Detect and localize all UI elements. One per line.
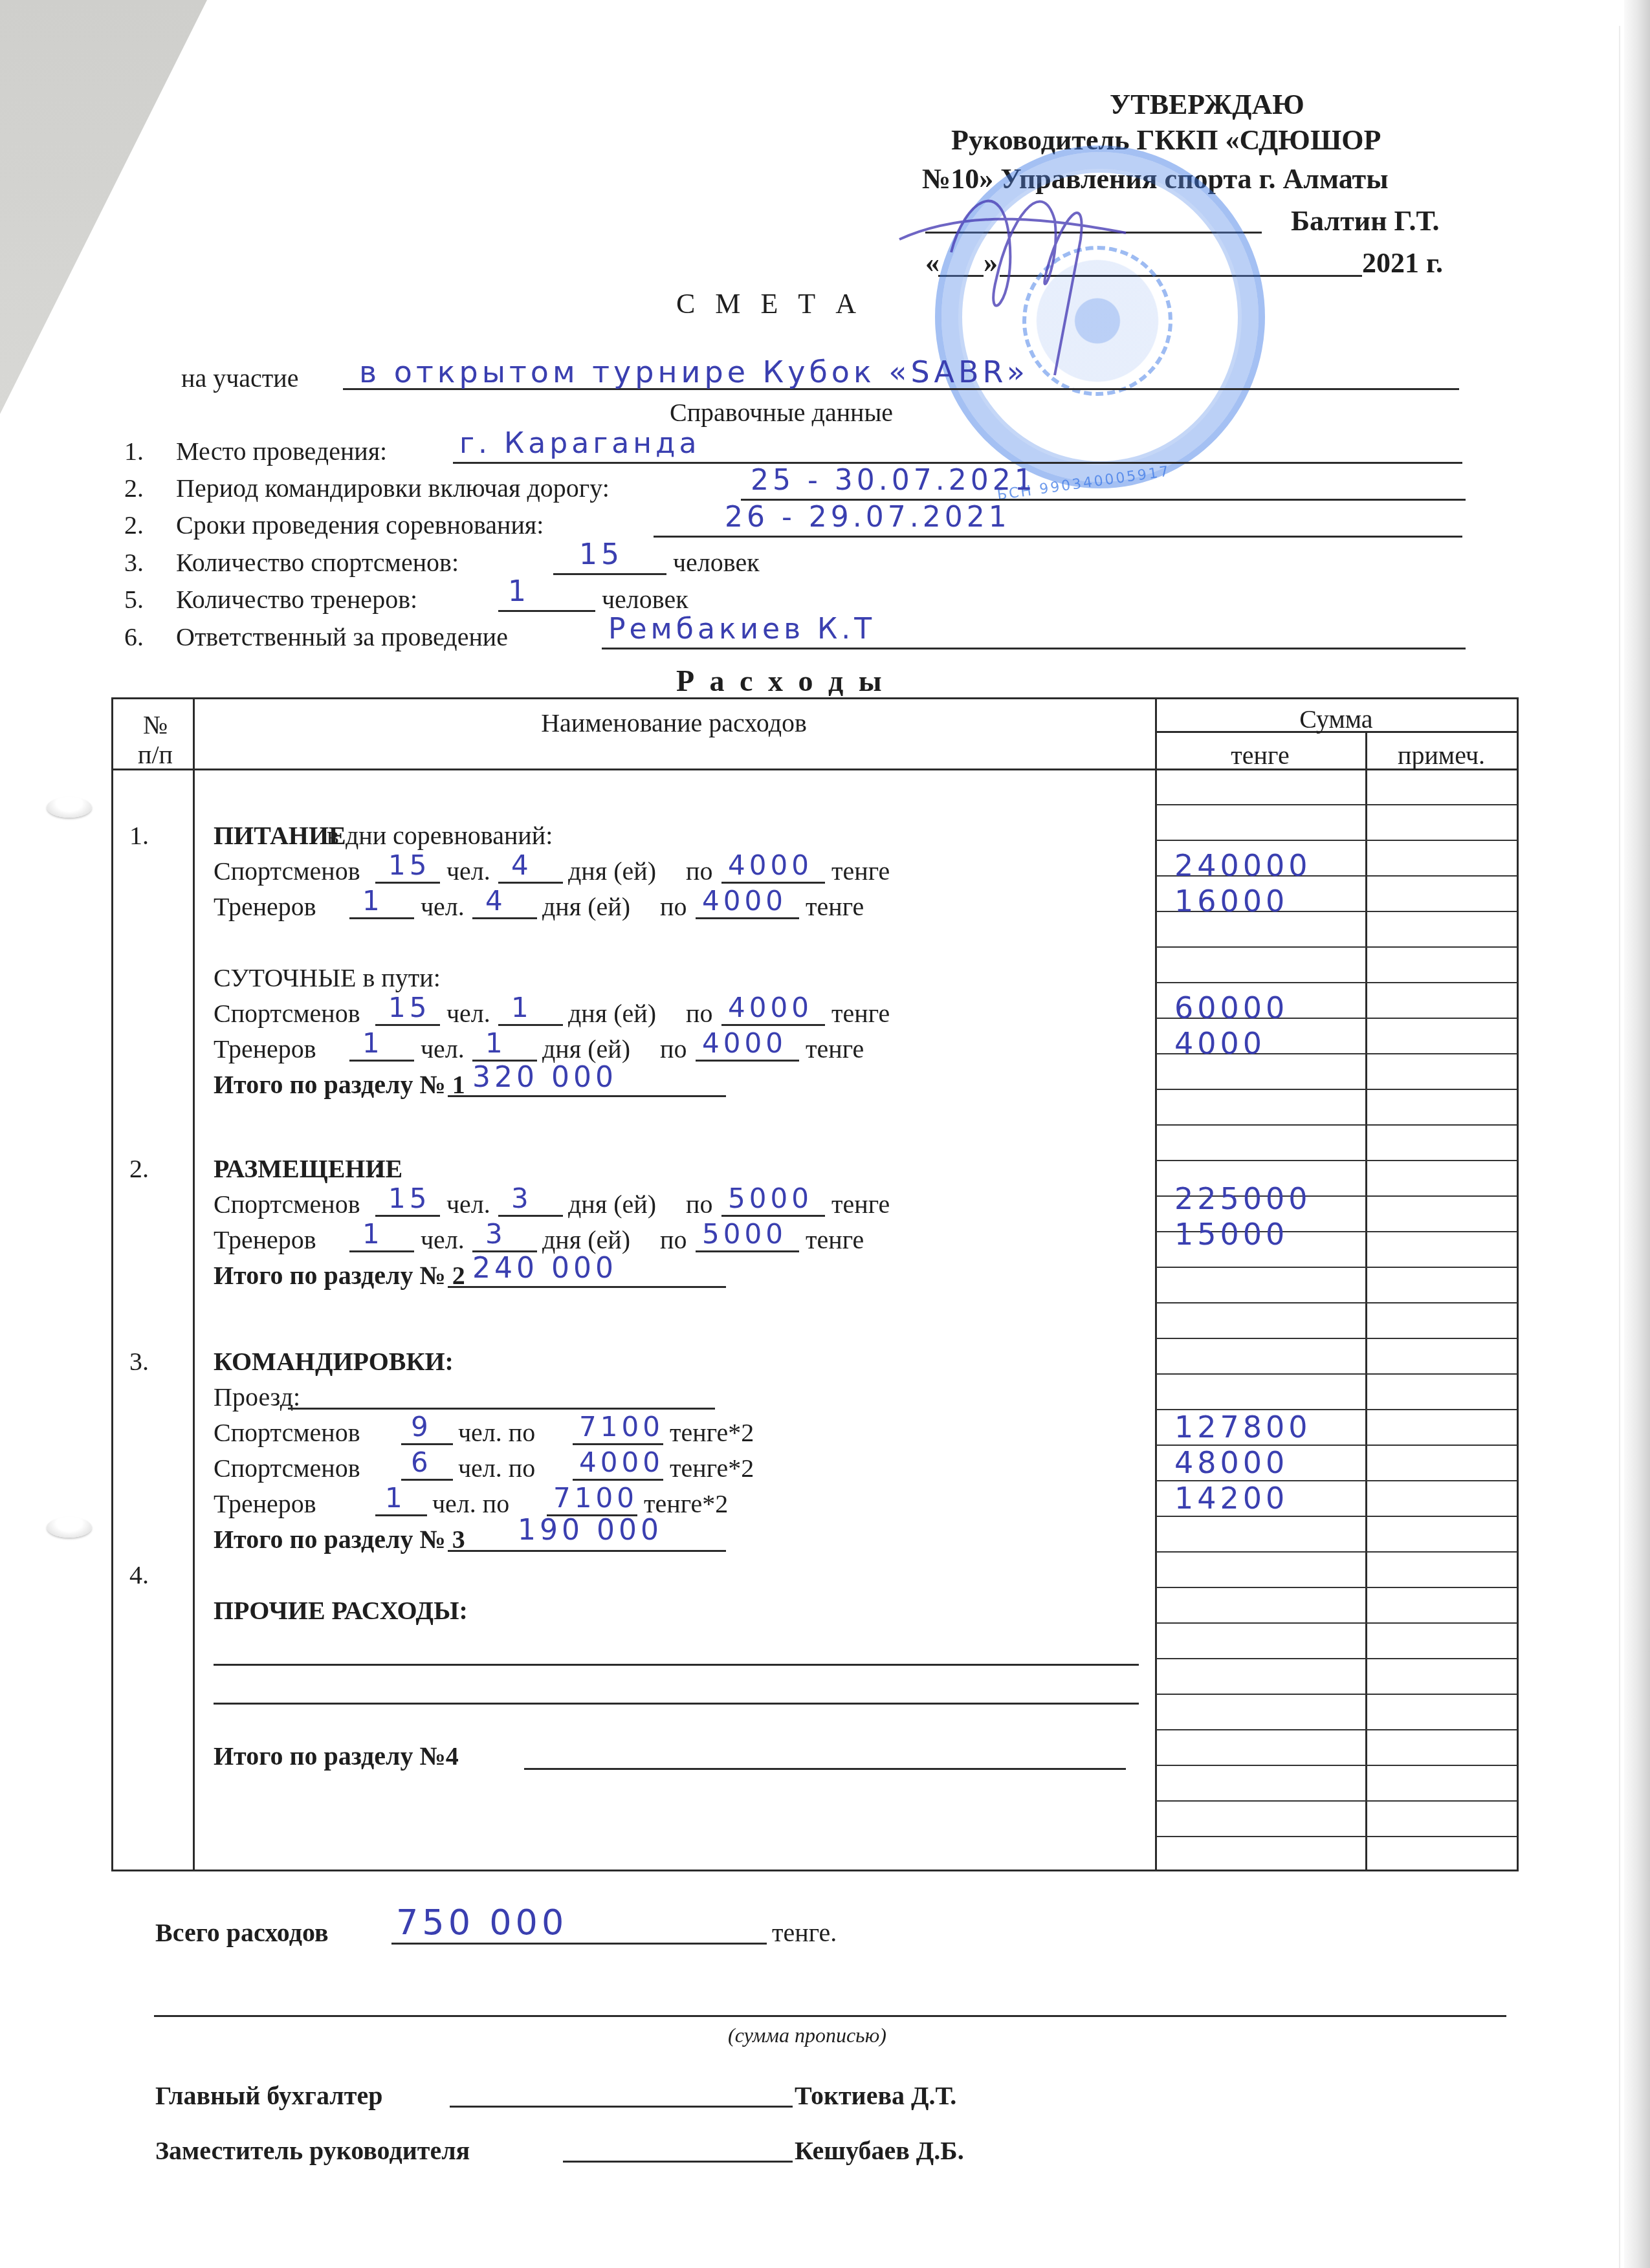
header-name: Наименование расходов — [193, 710, 1155, 736]
rate-line — [696, 917, 799, 919]
header-tenge: тенге — [1155, 743, 1365, 769]
stamp-emblem — [1022, 246, 1172, 396]
rate-line — [696, 1060, 799, 1062]
sum-grid-line — [1156, 1516, 1517, 1517]
days-count[interactable]: 1 — [511, 992, 533, 1023]
reference-item-number: 3. — [124, 550, 144, 576]
people-unit: чел. — [446, 1192, 490, 1217]
section-title-rest: : — [374, 1156, 381, 1182]
rate-value[interactable]: 4000 — [579, 1446, 664, 1478]
hole-punch-mark — [47, 1517, 92, 1538]
date-day-line — [938, 275, 984, 277]
people-unit: чел. — [446, 858, 490, 884]
grand-total-unit: тенге. — [772, 1920, 837, 1946]
table-col-divider-num — [193, 697, 195, 1871]
section-total-value[interactable]: 320 000 — [472, 1061, 617, 1094]
other-expenses-line — [214, 1703, 1139, 1705]
days-unit: дня (ей) — [542, 894, 630, 920]
reference-item-number: 2. — [124, 475, 144, 501]
sum-grid-line — [1156, 1373, 1517, 1375]
days-line — [498, 882, 563, 884]
people-by-unit: чел. по — [432, 1491, 509, 1517]
rate-line — [573, 1443, 663, 1445]
row-participant-label: Спортсменов — [214, 1420, 360, 1446]
rate-value[interactable]: 4000 — [702, 885, 787, 917]
people-unit: чел. — [446, 1001, 490, 1027]
sum-grid-line — [1156, 946, 1517, 948]
participation-value[interactable]: в открытом турнире Кубок «SABR» — [359, 354, 1029, 389]
deputy-director-name: Кешубаев Д.Б. — [795, 2138, 964, 2164]
participation-label: на участие — [181, 365, 298, 391]
approval-title: УТВЕРЖДАЮ — [1110, 91, 1304, 119]
sum-grid-line — [1156, 1267, 1517, 1268]
chief-accountant-role: Главный бухгалтер — [155, 2083, 382, 2109]
grand-total-line — [391, 1943, 767, 1945]
section-title-rest: в дни соревнований: — [327, 823, 553, 849]
people-line — [349, 917, 414, 919]
reference-item-label: Сроки проведения соревнования: — [176, 512, 544, 538]
rate-value[interactable]: 7100 — [579, 1411, 664, 1443]
reference-item-label: Количество тренеров: — [176, 587, 417, 613]
reference-item-value[interactable]: Рембакиев К.Т — [608, 613, 875, 646]
row-participant-label: Тренеров — [214, 1036, 316, 1062]
amount-in-words-line[interactable] — [154, 2015, 1506, 2017]
people-count[interactable]: 1 — [362, 1027, 384, 1059]
section-total-label: Итого по разделу № 3 — [214, 1527, 465, 1553]
amount-tenge[interactable]: 240000 — [1174, 848, 1312, 883]
scan-background-corner — [0, 0, 207, 414]
sum-grid-line — [1156, 1836, 1517, 1837]
section-total-label: Итого по разделу № 1 — [214, 1072, 465, 1098]
section-total-value[interactable]: 240 000 — [472, 1252, 617, 1285]
people-count[interactable]: 1 — [385, 1482, 406, 1514]
section-total-label: Итого по разделу № 2 — [214, 1263, 465, 1289]
people-line — [349, 1250, 414, 1252]
days-unit: дня (ей) — [542, 1036, 630, 1062]
section-number: 3. — [129, 1349, 149, 1375]
header-sum: Сумма — [1155, 706, 1517, 732]
rate-unit: тенге — [831, 1001, 890, 1027]
row-participant-label: Спортсменов — [214, 1192, 360, 1217]
rate-value[interactable]: 5000 — [702, 1218, 787, 1250]
rate-value[interactable]: 4000 — [728, 992, 813, 1023]
reference-item-label: Количество спортсменов: — [176, 550, 459, 576]
approval-year: 2021 г. — [1362, 249, 1443, 278]
grand-total-value[interactable]: 750 000 — [396, 1902, 567, 1943]
row-participant-label: Тренеров — [214, 1491, 316, 1517]
reference-item-value[interactable]: 15 — [579, 538, 623, 571]
reference-item-value[interactable]: 1 — [508, 575, 530, 608]
rate-unit: тенге — [806, 894, 864, 920]
by-word: по — [686, 1192, 712, 1217]
people-unit: чел. — [421, 1036, 465, 1062]
row-participant-label: Спортсменов — [214, 1456, 360, 1481]
reference-item-number: 5. — [124, 587, 144, 613]
section-title-bold: КОМАНДИРОВКИ: — [214, 1349, 454, 1375]
sum-grid-line — [1156, 1089, 1517, 1090]
people-line — [401, 1479, 453, 1481]
rate-unit: тенге*2 — [644, 1491, 728, 1517]
reference-item-label: Место проведения: — [176, 439, 387, 464]
deputy-director-role: Заместитель руководителя — [155, 2138, 470, 2164]
reference-item-number: 2. — [124, 512, 144, 538]
hole-punch-mark — [47, 797, 92, 818]
days-count[interactable]: 1 — [485, 1027, 507, 1059]
other-expenses-line — [214, 1664, 1139, 1666]
by-word: по — [686, 1001, 712, 1027]
days-count[interactable]: 4 — [511, 849, 533, 881]
rate-line — [721, 1024, 825, 1026]
people-line — [401, 1443, 453, 1445]
section-total-line — [448, 1550, 726, 1552]
table-left-border — [111, 697, 113, 1871]
sum-grid-line — [1156, 1729, 1517, 1730]
section-number: 4. — [129, 1562, 149, 1588]
date-month-line — [1000, 275, 1362, 277]
days-unit: дня (ей) — [568, 1192, 656, 1217]
by-word: по — [660, 1036, 687, 1062]
sum-grid-line — [1156, 1800, 1517, 1802]
amount-tenge[interactable]: 60000 — [1174, 990, 1288, 1025]
reference-item-line — [654, 536, 1462, 538]
section-total-line — [448, 1286, 726, 1288]
sum-grid-line — [1156, 1765, 1517, 1766]
subsection-title: СУТОЧНЫЕ в пути: — [214, 965, 441, 991]
expenses-heading: Р а с х о д ы — [676, 666, 886, 696]
reference-item-line — [553, 573, 666, 575]
reference-item-suffix: человек — [602, 587, 688, 613]
approval-line-1: Руководитель ГККП «СДЮШОР — [951, 126, 1381, 155]
people-line — [375, 1514, 427, 1516]
table-header-bottom — [111, 769, 1519, 770]
amount-in-words-caption: (сумма прописью) — [728, 2025, 886, 2045]
chief-accountant-signature-line[interactable] — [450, 2106, 793, 2108]
people-count[interactable]: 15 — [388, 1183, 430, 1214]
section-total-label: Итого по разделу №4 — [214, 1743, 459, 1769]
chief-accountant-name: Токтиева Д.Т. — [795, 2083, 956, 2109]
header-note: примеч. — [1365, 743, 1517, 769]
people-unit: чел. — [421, 1227, 465, 1253]
sum-grid-line — [1156, 840, 1517, 841]
days-line — [472, 917, 537, 919]
people-unit: чел. — [421, 894, 465, 920]
row-participant-label: Спортсменов — [214, 1001, 360, 1027]
days-unit: дня (ей) — [542, 1227, 630, 1253]
people-by-unit: чел. по — [458, 1420, 535, 1446]
scan-page-edge-line — [1619, 26, 1620, 2268]
section-total-line — [448, 1095, 726, 1097]
reference-item-label: Ответственный за проведение — [176, 624, 508, 650]
sum-grid-line — [1156, 1338, 1517, 1339]
row-participant-label: Спортсменов — [214, 858, 360, 884]
date-quote-close: » — [984, 249, 998, 278]
people-count[interactable]: 1 — [362, 885, 384, 917]
sum-grid-line — [1156, 1694, 1517, 1695]
sum-grid-line — [1156, 982, 1517, 983]
rate-value[interactable]: 4000 — [702, 1027, 787, 1059]
scan-page-edge — [1624, 0, 1650, 2268]
days-count[interactable]: 3 — [485, 1218, 507, 1250]
sum-grid-line — [1156, 1124, 1517, 1126]
amount-tenge[interactable]: 16000 — [1174, 884, 1288, 919]
amount-tenge[interactable]: 15000 — [1174, 1217, 1288, 1252]
people-count[interactable]: 15 — [388, 849, 430, 881]
section-title-bold: ПИТАНИЕ — [214, 823, 346, 849]
reference-item-line — [602, 648, 1466, 649]
approval-signature-line — [925, 232, 1262, 234]
rate-line — [721, 882, 825, 884]
reference-item-value[interactable]: г. Караганда — [459, 427, 700, 460]
days-line — [498, 1024, 563, 1026]
amount-tenge[interactable]: 225000 — [1174, 1181, 1312, 1216]
sum-grid-line — [1156, 1551, 1517, 1553]
reference-item-number: 6. — [124, 624, 144, 650]
table-col-divider-note — [1365, 731, 1367, 1871]
people-line — [375, 1024, 440, 1026]
people-line — [375, 882, 440, 884]
rate-value[interactable]: 4000 — [728, 849, 813, 881]
sum-grid-line — [1156, 1658, 1517, 1659]
people-by-unit: чел. по — [458, 1456, 535, 1481]
official-stamp — [935, 146, 1265, 488]
rate-line — [721, 1215, 825, 1217]
people-line — [375, 1215, 440, 1217]
amount-tenge[interactable]: 4000 — [1174, 1026, 1266, 1061]
section-number: 1. — [129, 823, 149, 849]
amount-tenge[interactable]: 127800 — [1174, 1410, 1312, 1445]
by-word: по — [660, 1227, 687, 1253]
amount-tenge[interactable]: 14200 — [1174, 1481, 1288, 1516]
date-quote-open: « — [925, 249, 940, 278]
rate-unit: тенге*2 — [670, 1456, 754, 1481]
rate-unit: тенге — [806, 1036, 864, 1062]
reference-heading: Справочные данные — [670, 400, 893, 426]
days-unit: дня (ей) — [568, 1001, 656, 1027]
row-participant-label: Тренеров — [214, 1227, 316, 1253]
table-bottom-border — [111, 1870, 1519, 1871]
deputy-director-signature-line[interactable] — [563, 2161, 793, 2163]
document-title: С М Е Т А — [676, 290, 863, 318]
people-count[interactable]: 15 — [388, 992, 430, 1023]
reference-item-number: 1. — [124, 439, 144, 464]
days-count[interactable]: 4 — [485, 885, 507, 917]
rate-unit: тенге — [806, 1227, 864, 1253]
approval-signer: Балтин Г.Т. — [1291, 207, 1439, 235]
reference-item-line — [498, 610, 595, 612]
rate-line — [573, 1479, 663, 1481]
rate-line — [696, 1250, 799, 1252]
sum-grid-line — [1156, 1302, 1517, 1303]
sum-grid-line — [1156, 1160, 1517, 1161]
table-right-border — [1517, 697, 1519, 1871]
by-word: по — [686, 858, 712, 884]
travel-line — [288, 1408, 715, 1410]
people-count[interactable]: 1 — [362, 1218, 384, 1250]
people-line — [349, 1060, 414, 1062]
rate-value[interactable]: 5000 — [728, 1183, 813, 1214]
reference-item-value[interactable]: 25 - 30.07.2021 — [751, 464, 1037, 497]
rate-value[interactable]: 7100 — [553, 1482, 638, 1514]
reference-item-value[interactable]: 26 - 29.07.2021 — [725, 501, 1011, 534]
section-number: 2. — [129, 1156, 149, 1182]
sum-grid-line — [1156, 804, 1517, 805]
approval-line-2: №10» Управления спорта г. Алматы — [922, 165, 1389, 193]
reference-item-suffix: человек — [673, 550, 760, 576]
days-unit: дня (ей) — [568, 858, 656, 884]
travel-label: Проезд: — [214, 1384, 300, 1410]
grand-total-label: Всего расходов — [155, 1920, 328, 1946]
section-total-line — [524, 1768, 1126, 1770]
rate-unit: тенге — [831, 1192, 890, 1217]
by-word: по — [660, 894, 687, 920]
days-line — [498, 1215, 563, 1217]
sum-grid-line — [1156, 1587, 1517, 1588]
rate-unit: тенге*2 — [670, 1420, 754, 1446]
table-col-divider-sum — [1155, 697, 1157, 1871]
section-title-bold: ПРОЧИЕ РАСХОДЫ: — [214, 1598, 468, 1624]
people-count[interactable]: 9 — [411, 1411, 432, 1443]
amount-tenge[interactable]: 48000 — [1174, 1445, 1288, 1480]
rate-unit: тенге — [831, 858, 890, 884]
reference-item-label: Период командировки включая дорогу: — [176, 475, 610, 501]
header-num: № п/п — [129, 710, 181, 770]
table-top-border — [111, 697, 1519, 699]
sum-grid-line — [1156, 1622, 1517, 1624]
row-participant-label: Тренеров — [214, 894, 316, 920]
people-count[interactable]: 6 — [411, 1446, 432, 1478]
section-total-value[interactable]: 190 000 — [518, 1514, 663, 1547]
days-count[interactable]: 3 — [511, 1183, 533, 1214]
